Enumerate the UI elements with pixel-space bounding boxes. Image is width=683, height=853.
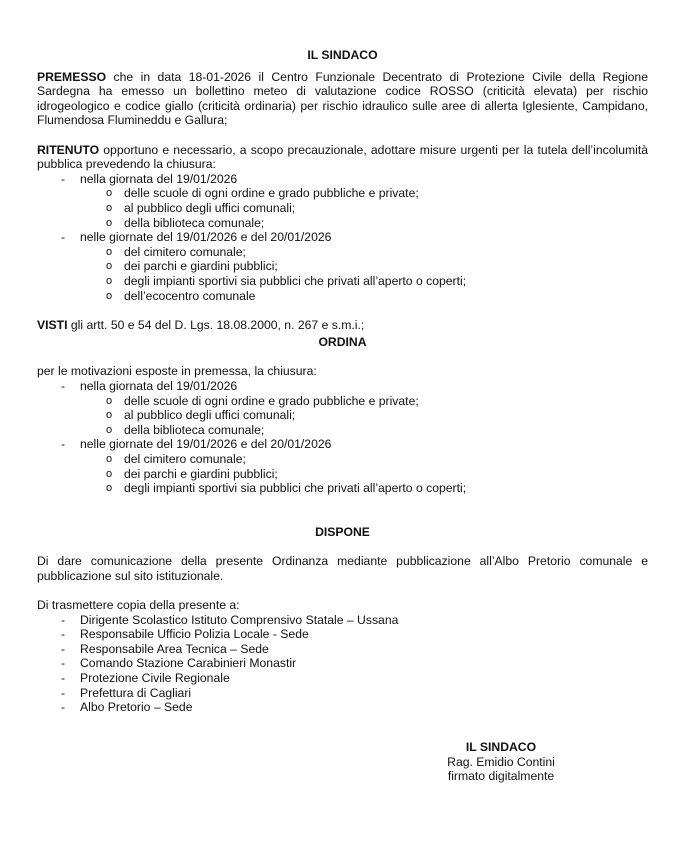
recipient-text: Responsabile Area Tecnica – Sede	[80, 642, 269, 656]
recipient-item: -Comando Stazione Carabinieri Monastir	[37, 656, 648, 671]
sub-list: odel cimitero comunale;odei parchi e gia…	[80, 452, 648, 496]
ordinance-document: IL SINDACO PREMESSO che in data 18-01-20…	[37, 48, 648, 715]
recipient-text: Protezione Civile Regionale	[80, 671, 230, 685]
sub-list: odel cimitero comunale;odei parchi e gia…	[80, 245, 648, 303]
recipients-list: -Dirigente Scolastico Istituto Comprensi…	[37, 613, 648, 715]
sub-list-wrapper: odel cimitero comunale;odei parchi e gia…	[37, 245, 648, 303]
dispone-heading: DISPONE	[37, 525, 648, 540]
circle-bullet: o	[106, 394, 112, 409]
list-item: odella biblioteca comunale;	[80, 423, 648, 438]
premesso-text: che in data 18-01-2026 il Centro Funzion…	[37, 70, 648, 128]
visti-label: VISTI	[37, 318, 67, 332]
dash-bullet: -	[61, 671, 65, 686]
group-label: nella giornata del 19/01/2026	[80, 379, 237, 393]
signature-block: IL SINDACO Rag. Emidio Contini firmato d…	[440, 740, 562, 784]
circle-bullet: o	[106, 467, 112, 482]
signature-title: IL SINDACO	[440, 740, 562, 755]
list-item: odelle scuole di ogni ordine e grado pub…	[80, 394, 648, 409]
sub-list-wrapper: odelle scuole di ogni ordine e grado pub…	[37, 186, 648, 230]
recipient-text: Responsabile Ufficio Polizia Locale - Se…	[80, 627, 309, 641]
circle-bullet: o	[106, 289, 112, 304]
item-text: degli impianti sportivi sia pubblici che…	[124, 481, 466, 495]
circle-bullet: o	[106, 245, 112, 260]
list-item: oal pubblico degli uffici comunali;	[80, 408, 648, 423]
item-text: del cimitero comunale;	[124, 452, 246, 466]
circle-bullet: o	[106, 201, 112, 216]
ordina-closure-list: -nella giornata del 19/01/2026odelle scu…	[37, 379, 648, 496]
ordina-heading: ORDINA	[37, 335, 648, 350]
item-text: dei parchi e giardini pubblici;	[124, 259, 278, 273]
premesso-paragraph: PREMESSO che in data 18-01-2026 il Centr…	[37, 70, 648, 128]
dash-bullet: -	[61, 700, 65, 715]
recipient-item: -Protezione Civile Regionale	[37, 671, 648, 686]
circle-bullet: o	[106, 452, 112, 467]
item-text: del cimitero comunale;	[124, 245, 246, 259]
list-group: -nella giornata del 19/01/2026	[37, 379, 648, 394]
transmit-intro: Di trasmettere copia della presente a:	[37, 598, 648, 613]
signature-name: Rag. Emidio Contini	[440, 755, 562, 770]
dash-bullet: -	[61, 379, 65, 394]
sub-list: odelle scuole di ogni ordine e grado pub…	[80, 394, 648, 438]
dash-bullet: -	[61, 230, 65, 245]
circle-bullet: o	[106, 423, 112, 438]
list-item: odel cimitero comunale;	[80, 452, 648, 467]
circle-bullet: o	[106, 259, 112, 274]
list-group: -nelle giornate del 19/01/2026 e del 20/…	[37, 437, 648, 452]
premesso-label: PREMESSO	[37, 70, 106, 84]
item-text: al pubblico degli uffici comunali;	[124, 201, 295, 215]
list-item: odegli impianti sportivi sia pubblici ch…	[80, 481, 648, 496]
item-text: dell’ecocentro comunale	[124, 289, 255, 303]
item-text: degli impianti sportivi sia pubblici che…	[124, 274, 466, 288]
dispone-communication: Di dare comunicazione della presente Ord…	[37, 554, 648, 583]
dash-bullet: -	[61, 437, 65, 452]
circle-bullet: o	[106, 481, 112, 496]
item-text: della biblioteca comunale;	[124, 216, 264, 230]
sub-list-wrapper: odel cimitero comunale;odei parchi e gia…	[37, 452, 648, 496]
visti-text: gli artt. 50 e 54 del D. Lgs. 18.08.2000…	[67, 318, 364, 332]
recipient-text: Dirigente Scolastico Istituto Comprensiv…	[80, 613, 398, 627]
item-text: dei parchi e giardini pubblici;	[124, 467, 278, 481]
ritenuto-text: opportuno e necessario, a scopo precauzi…	[37, 143, 648, 172]
list-item: odegli impianti sportivi sia pubblici ch…	[80, 274, 648, 289]
sub-list: odelle scuole di ogni ordine e grado pub…	[80, 186, 648, 230]
ordina-intro: per le motivazioni esposte in premessa, …	[37, 364, 648, 379]
ritenuto-label: RITENUTO	[37, 143, 99, 157]
item-text: al pubblico degli uffici comunali;	[124, 408, 295, 422]
recipient-text: Prefettura di Cagliari	[80, 686, 191, 700]
sub-list-wrapper: odelle scuole di ogni ordine e grado pub…	[37, 394, 648, 438]
list-item: oal pubblico degli uffici comunali;	[80, 201, 648, 216]
recipient-item: -Dirigente Scolastico Istituto Comprensi…	[37, 613, 648, 628]
signature-note: firmato digitalmente	[440, 769, 562, 784]
recipient-text: Albo Pretorio – Sede	[80, 700, 192, 714]
group-label: nelle giornate del 19/01/2026 e del 20/0…	[80, 230, 331, 244]
group-label: nella giornata del 19/01/2026	[80, 172, 237, 186]
list-item: odel cimitero comunale;	[80, 245, 648, 260]
list-group: -nella giornata del 19/01/2026	[37, 172, 648, 187]
visti-paragraph: VISTI gli artt. 50 e 54 del D. Lgs. 18.0…	[37, 318, 648, 333]
ritenuto-paragraph: RITENUTO opportuno e necessario, a scopo…	[37, 143, 648, 172]
list-item: odell’ecocentro comunale	[80, 289, 648, 304]
list-group: -nelle giornate del 19/01/2026 e del 20/…	[37, 230, 648, 245]
ritenuto-closure-list: -nella giornata del 19/01/2026odelle scu…	[37, 172, 648, 303]
list-item: odei parchi e giardini pubblici;	[80, 259, 648, 274]
circle-bullet: o	[106, 408, 112, 423]
dash-bullet: -	[61, 627, 65, 642]
recipient-item: -Prefettura di Cagliari	[37, 686, 648, 701]
dash-bullet: -	[61, 656, 65, 671]
list-item: odella biblioteca comunale;	[80, 216, 648, 231]
dash-bullet: -	[61, 172, 65, 187]
recipient-item: -Albo Pretorio – Sede	[37, 700, 648, 715]
dash-bullet: -	[61, 686, 65, 701]
recipient-item: -Responsabile Ufficio Polizia Locale - S…	[37, 627, 648, 642]
recipient-item: -Responsabile Area Tecnica – Sede	[37, 642, 648, 657]
group-label: nelle giornate del 19/01/2026 e del 20/0…	[80, 437, 331, 451]
item-text: delle scuole di ogni ordine e grado pubb…	[124, 186, 419, 200]
dash-bullet: -	[61, 613, 65, 628]
list-item: odei parchi e giardini pubblici;	[80, 467, 648, 482]
dash-bullet: -	[61, 642, 65, 657]
item-text: delle scuole di ogni ordine e grado pubb…	[124, 394, 419, 408]
circle-bullet: o	[106, 216, 112, 231]
recipient-text: Comando Stazione Carabinieri Monastir	[80, 656, 296, 670]
list-item: odelle scuole di ogni ordine e grado pub…	[80, 186, 648, 201]
document-title: IL SINDACO	[37, 48, 648, 63]
item-text: della biblioteca comunale;	[124, 423, 264, 437]
circle-bullet: o	[106, 186, 112, 201]
circle-bullet: o	[106, 274, 112, 289]
